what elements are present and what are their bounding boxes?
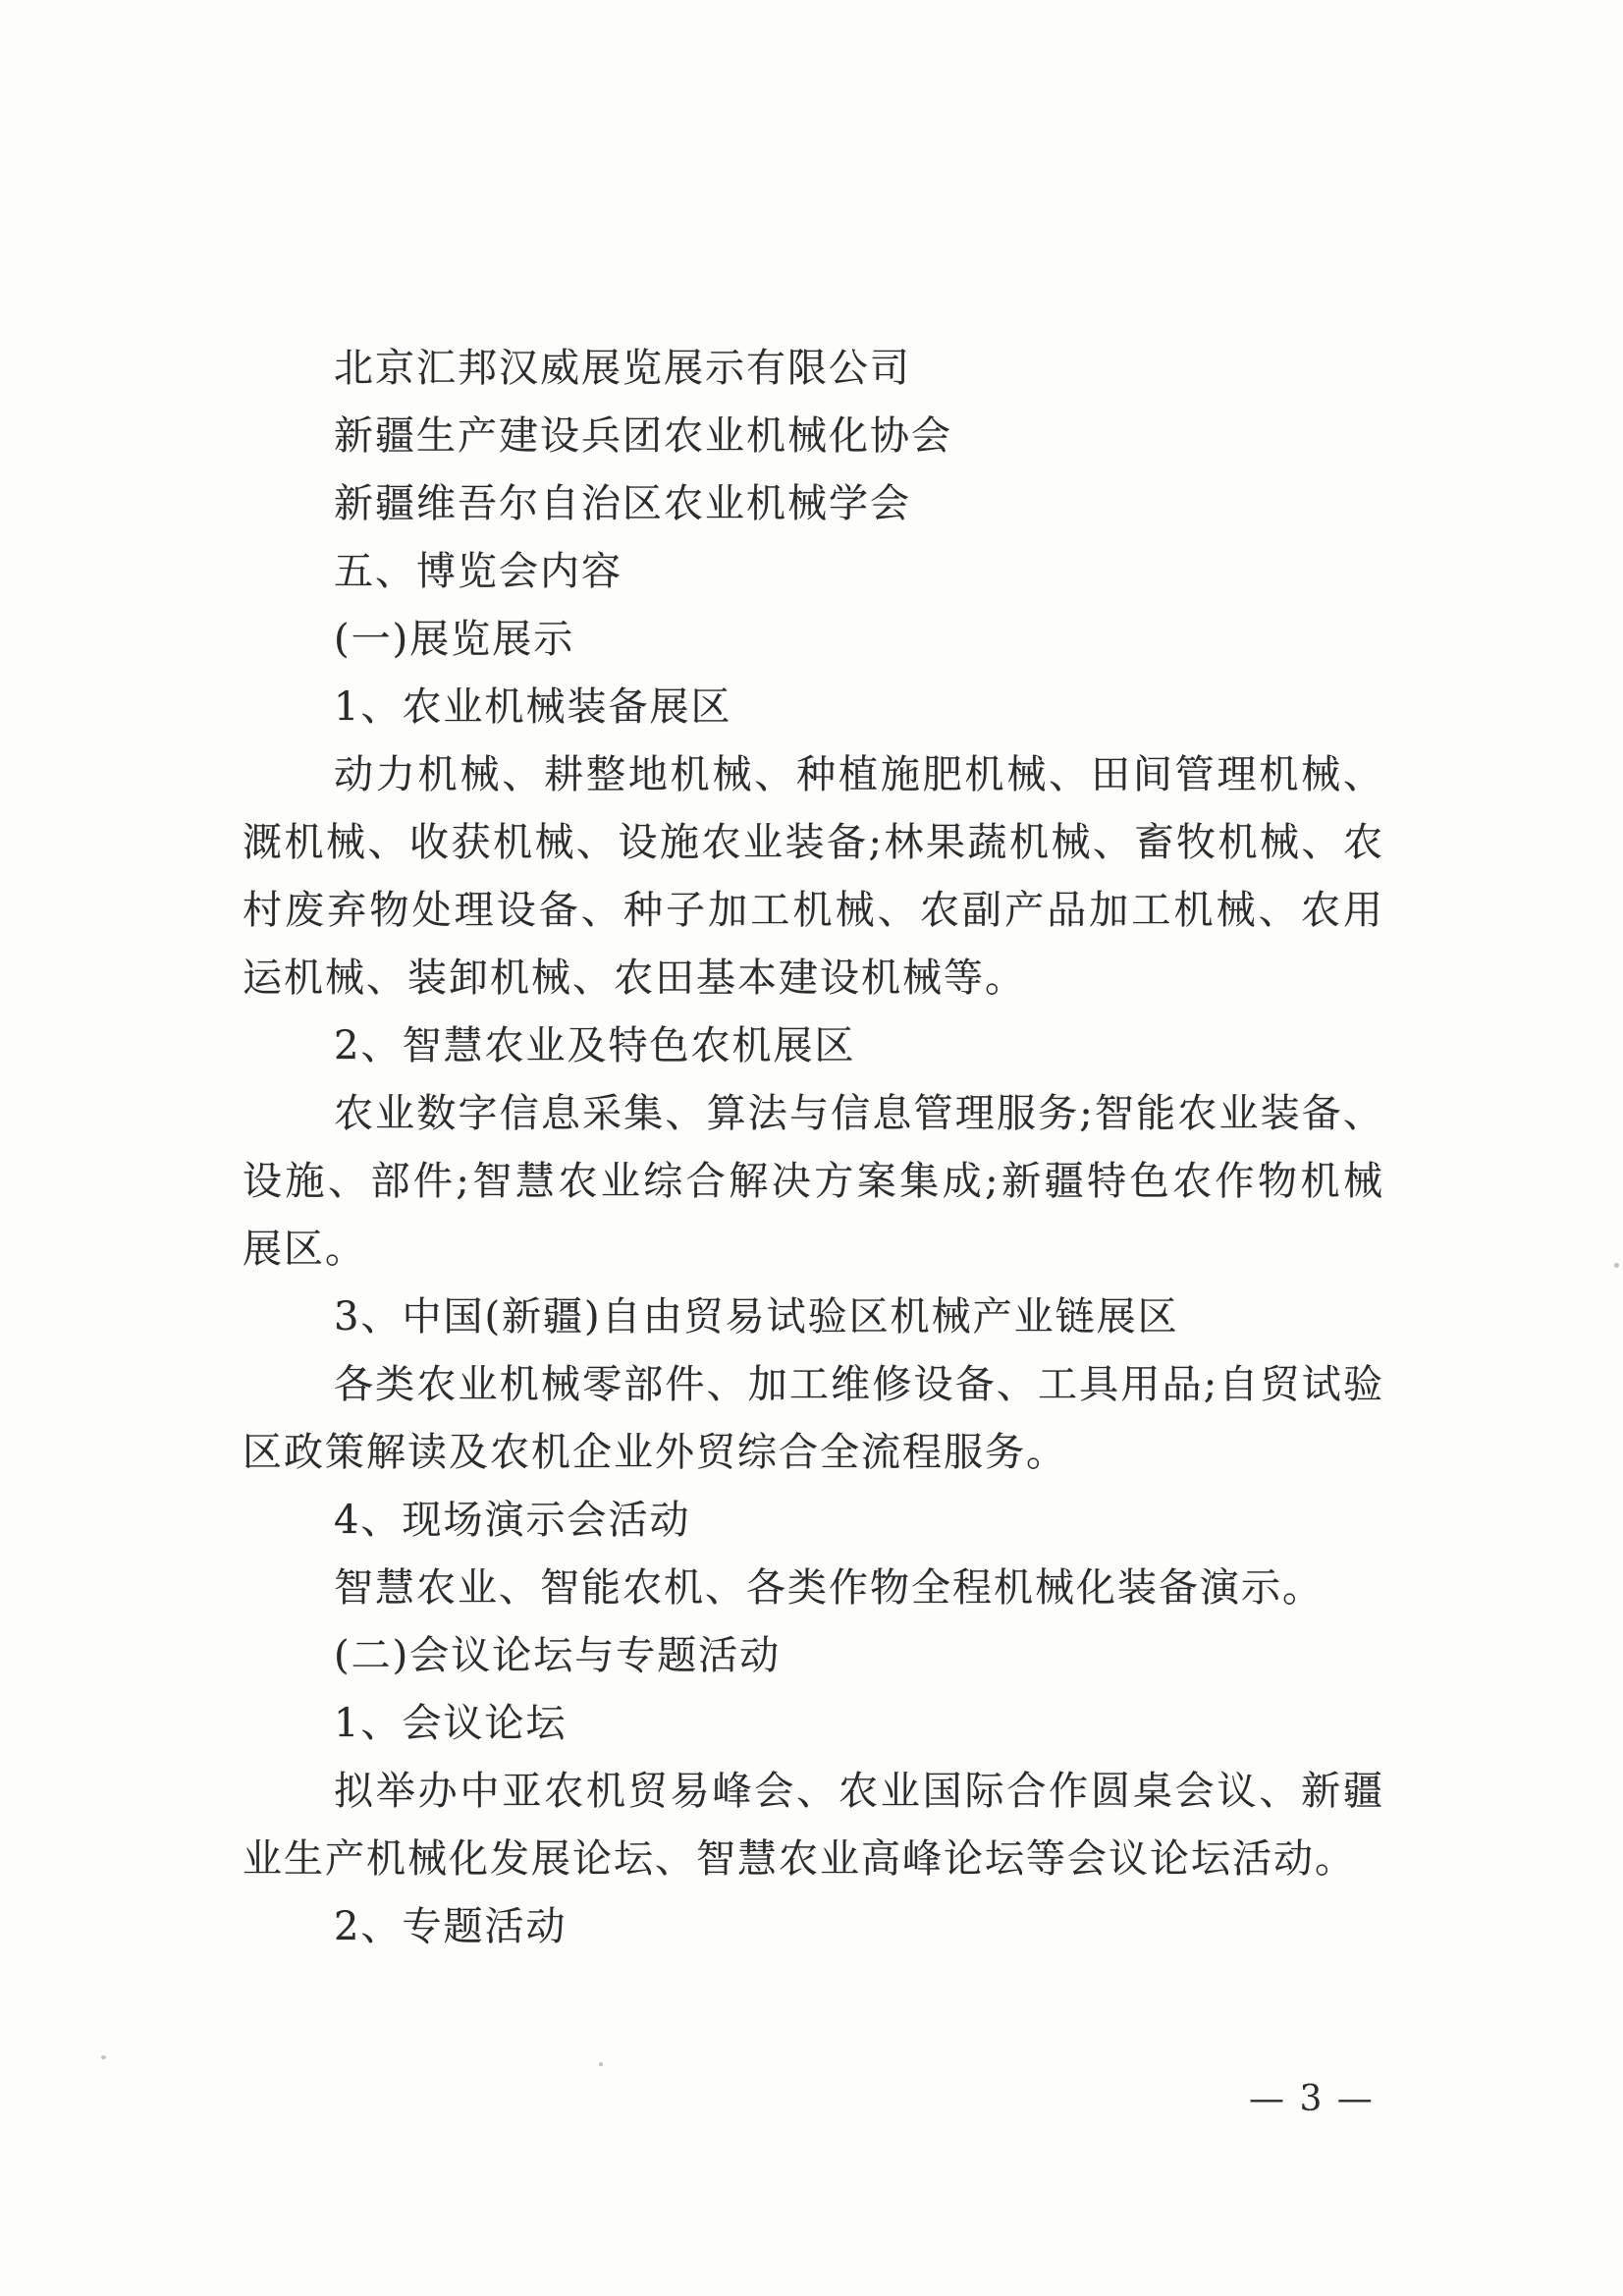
text-line: 运机械、装卸机械、农田基本建设机械等。: [243, 945, 1384, 1012]
text-line: 业生产机械化发展论坛、智慧农业高峰论坛等会议论坛活动。: [243, 1826, 1384, 1893]
text-line: 农业数字信息采集、算法与信息管理服务;智能农业装备、: [243, 1080, 1384, 1148]
text-line: 拟举办中亚农机贸易峰会、农业国际合作圆桌会议、新疆农: [243, 1758, 1384, 1826]
document-page: 北京汇邦汉威展览展示有限公司新疆生产建设兵团农业机械化协会新疆维吾尔自治区农业机…: [0, 0, 1623, 2296]
scan-speck: [599, 2062, 603, 2066]
document-body: 北京汇邦汉威展览展示有限公司新疆生产建设兵团农业机械化协会新疆维吾尔自治区农业机…: [243, 335, 1384, 1961]
text-line: 新疆维吾尔自治区农业机械学会: [243, 470, 1384, 538]
text-line: 五、博览会内容: [243, 538, 1384, 606]
text-line: 村废弃物处理设备、种子加工机械、农副产品加工机械、农用搬: [243, 877, 1384, 945]
text-line: (一)展览展示: [243, 606, 1384, 674]
text-line: 4、现场演示会活动: [243, 1487, 1384, 1555]
text-line: 3、中国(新疆)自由贸易试验区机械产业链展区: [243, 1284, 1384, 1351]
text-line: 动力机械、耕整地机械、种植施肥机械、田间管理机械、灌: [243, 741, 1384, 809]
text-line: 设施、部件;智慧农业综合解决方案集成;新疆特色农作物机械: [243, 1148, 1384, 1216]
text-line: 1、农业机械装备展区: [243, 674, 1384, 741]
text-line: 区政策解读及农机企业外贸综合全流程服务。: [243, 1419, 1384, 1487]
text-line: 溉机械、收获机械、设施农业装备;林果蔬机械、畜牧机械、农: [243, 809, 1384, 877]
text-line: 北京汇邦汉威展览展示有限公司: [243, 335, 1384, 403]
text-line: 2、专题活动: [243, 1893, 1384, 1961]
text-line: (二)会议论坛与专题活动: [243, 1622, 1384, 1690]
text-line: 新疆生产建设兵团农业机械化协会: [243, 403, 1384, 470]
scan-speck: [1614, 1263, 1619, 1268]
text-line: 智慧农业、智能农机、各类作物全程机械化装备演示。: [243, 1555, 1384, 1622]
text-line: 1、会议论坛: [243, 1690, 1384, 1758]
text-line: 各类农业机械零部件、加工维修设备、工具用品;自贸试验: [243, 1351, 1384, 1419]
scan-speck: [101, 2055, 106, 2059]
page-number: — 3 —: [1249, 2074, 1406, 2125]
text-line: 展区。: [243, 1216, 1384, 1284]
text-line: 2、智慧农业及特色农机展区: [243, 1012, 1384, 1080]
